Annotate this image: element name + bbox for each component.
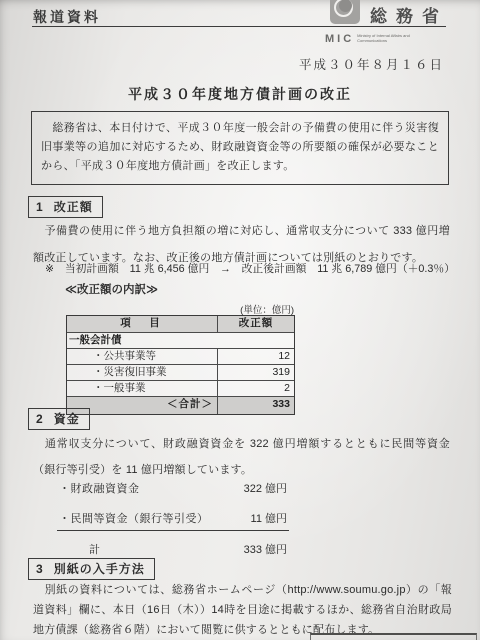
ministry-name: 総務省	[370, 2, 448, 27]
section2-number: 2	[36, 412, 44, 426]
section1-number: 1	[36, 200, 44, 214]
col-header-item: 項 目	[67, 316, 218, 332]
table-row: ・公共事業等 12	[67, 349, 294, 365]
row-value: 2	[218, 381, 294, 396]
table-row: ・一般事業 2	[67, 381, 294, 397]
unit-label: (単位：億円)	[66, 302, 294, 316]
fund-label: ・民間等資金（銀行等引受）	[59, 510, 209, 526]
fund-item: ・民間等資金（銀行等引受） 11 億円	[57, 507, 289, 531]
fund-value: 322 億円	[244, 480, 287, 496]
section1-plan-note: ※ 当初計画額 11 兆 6,456 億円 → 改正後計画額 11 兆 6,78…	[45, 261, 460, 276]
row-value: 319	[218, 365, 294, 380]
section2-body: 通常収支分について、財政融資資金を 322 億円増額するとともに民間等資金（銀行…	[33, 431, 450, 483]
doc-type-label: 報道資料	[33, 7, 101, 27]
mic-english-name: Ministry of Internal Affairs and Communi…	[357, 34, 419, 43]
fund-label: ・財政融資資金	[59, 480, 140, 496]
section2-title: 資金	[54, 412, 80, 426]
fund-list: ・財政融資資金 322 億円 ・民間等資金（銀行等引受） 11 億円 計 333…	[57, 477, 289, 568]
col-header-value: 改正額	[218, 316, 294, 332]
section1-title: 改正額	[54, 200, 93, 214]
table-total-row: ＜合計＞ 333	[67, 397, 294, 414]
section3-title: 別紙の入手方法	[54, 562, 145, 576]
row-item: ・一般事業	[67, 381, 218, 396]
document-date: 平成３０年８月１６日	[299, 55, 444, 73]
section2-heading: 2資金	[28, 408, 90, 430]
section1-heading: 1改正額	[28, 196, 103, 218]
row-item: ・公共事業等	[67, 349, 218, 364]
document-page: 報道資料 総務省 MICMinistry of Internal Affairs…	[0, 0, 480, 640]
table-group-row: 一般会計債	[67, 333, 294, 349]
section3-number: 3	[36, 562, 44, 576]
total-value: 333	[218, 397, 294, 414]
row-value: 12	[218, 349, 294, 364]
summary-box: 総務省は、本日付けで、平成３０年度一般会計の予備費の使用に伴う災害復旧事業等の追…	[31, 111, 449, 185]
section3-heading: 3別紙の入手方法	[28, 558, 155, 580]
breakdown-table: 項 目 改正額 一般会計債 ・公共事業等 12 ・災害復旧事業 319 ・一般事…	[66, 315, 295, 415]
section3-body: 別紙の資料については、総務省ホームページ（http://www.soumu.go…	[33, 580, 452, 640]
table-header-row: 項 目 改正額	[67, 316, 294, 333]
contact-box-edge	[310, 633, 477, 640]
table-row: ・災害復旧事業 319	[67, 365, 294, 381]
fund-item: ・財政融資資金 322 億円	[57, 477, 289, 500]
breakdown-title: ≪改正額の内訳≫	[65, 281, 158, 297]
mic-abbr: MIC	[325, 33, 354, 45]
ministry-logo-block: 総務省	[330, 0, 445, 26]
fund-value: 333 億円	[244, 541, 287, 557]
fund-label: 計	[59, 541, 101, 557]
fund-value: 11 億円	[251, 510, 287, 526]
page-title: 平成３０年度地方債計画の改正	[0, 84, 480, 104]
mic-caption: MICMinistry of Internal Affairs and Comm…	[325, 33, 445, 51]
row-item: ・災害復旧事業	[67, 365, 218, 380]
group-label: 一般会計債	[67, 333, 294, 348]
mic-logo-icon	[330, 0, 360, 24]
